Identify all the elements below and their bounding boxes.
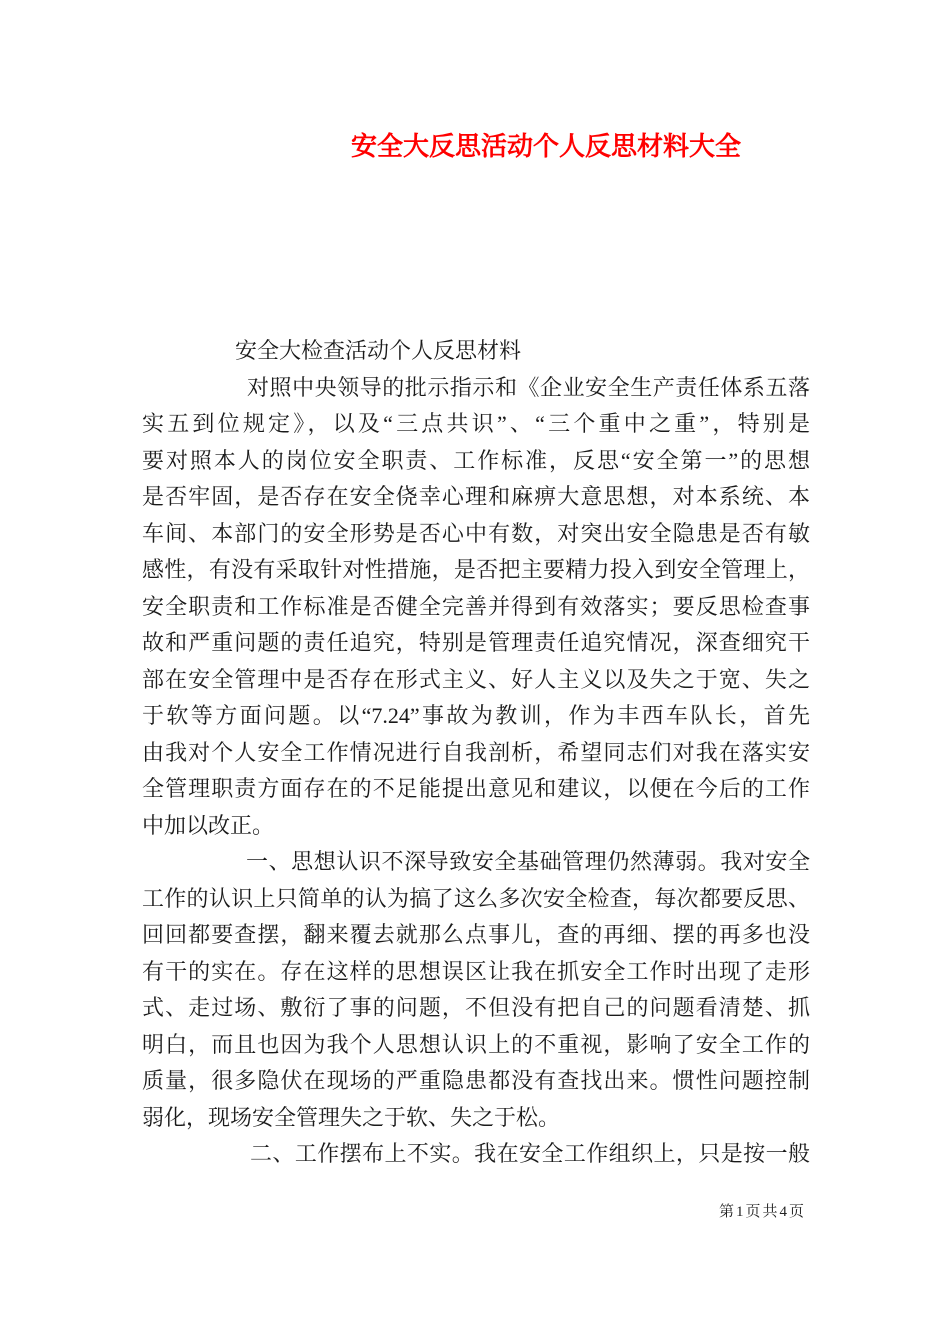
body-line: 全管理职责方面存在的不足能提出意见和建议，以便在今后的工作 <box>142 771 810 808</box>
body-line: 弱化，现场安全管理失之于软、失之于松。 <box>142 1100 810 1137</box>
body-line: 实五到位规定》，以及“三点共识”、“三个重中之重”，特别是 <box>142 406 810 443</box>
body-line: 一、思想认识不深导致安全基础管理仍然薄弱。我对安全 <box>142 844 810 881</box>
body-line: 明白，而且也因为我个人思想认识上的不重视，影响了安全工作的 <box>142 1027 810 1064</box>
body-line: 要对照本人的岗位安全职责、工作标准，反思“安全第一”的思想 <box>142 443 810 480</box>
body-line: 回回都要查摆，翻来覆去就那么点事儿，查的再细、摆的再多也没 <box>142 917 810 954</box>
body-line: 安全职责和工作标准是否健全完善并得到有效落实；要反思检查事 <box>142 589 810 626</box>
body-line: 车间、本部门的安全形势是否心中有数，对突出安全隐患是否有敏 <box>142 516 810 553</box>
page-title: 安全大反思活动个人反思材料大全 <box>0 129 950 165</box>
document-page: 安全大反思活动个人反思材料大全 安全大检查活动个人反思材料对照中央领导的批示指示… <box>0 0 950 1344</box>
body-line: 故和严重问题的责任追究，特别是管理责任追究情况，深查细究干 <box>142 625 810 662</box>
body-line: 由我对个人安全工作情况进行自我剖析，希望同志们对我在落实安 <box>142 735 810 772</box>
body-line: 感性，有没有采取针对性措施，是否把主要精力投入到安全管理上， <box>142 552 810 589</box>
body-line: 式、走过场、敷衍了事的问题，不但没有把自己的问题看清楚、抓 <box>142 990 810 1027</box>
body-line: 工作的认识上只简单的认为搞了这么多次安全检查，每次都要反思、 <box>142 881 810 918</box>
body-line: 是否牢固，是否存在安全侥幸心理和麻痹大意思想，对本系统、本 <box>142 479 810 516</box>
body-line: 对照中央领导的批示指示和《企业安全生产责任体系五落 <box>142 370 810 407</box>
body-line: 部在安全管理中是否存在形式主义、好人主义以及失之于宽、失之 <box>142 662 810 699</box>
body-line: 中加以改正。 <box>142 808 810 845</box>
body-line: 安全大检查活动个人反思材料 <box>142 333 810 370</box>
body-line: 质量，很多隐伏在现场的严重隐患都没有查找出来。惯性问题控制 <box>142 1063 810 1100</box>
page-number-footer: 第1页共4页 <box>719 1200 806 1221</box>
body-line: 有干的实在。存在这样的思想误区让我在抓安全工作时出现了走形 <box>142 954 810 991</box>
document-body: 安全大检查活动个人反思材料对照中央领导的批示指示和《企业安全生产责任体系五落实五… <box>142 333 810 1173</box>
body-line: 于软等方面问题。以“7.24”事故为教训，作为丰西车队长，首先 <box>142 698 810 735</box>
body-line: 二、工作摆布上不实。我在安全工作组织上，只是按一般 <box>142 1136 810 1173</box>
